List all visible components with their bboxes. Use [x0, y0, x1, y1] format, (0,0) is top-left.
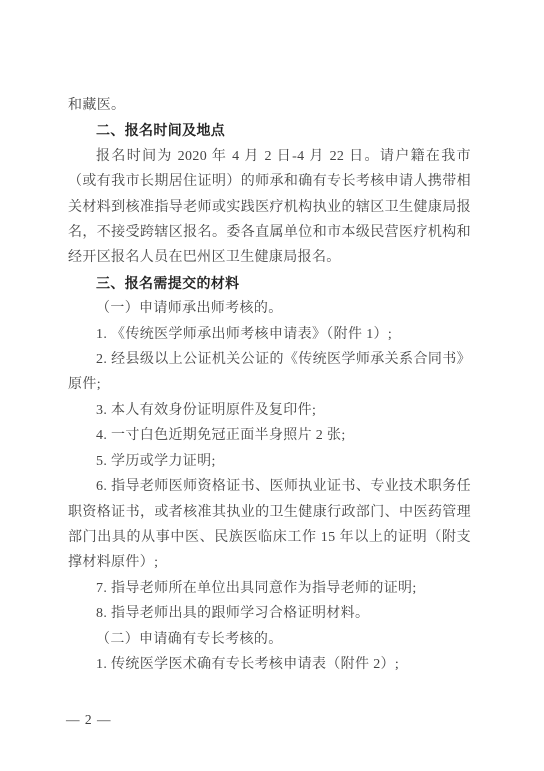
- paragraph: 3. 本人有效身份证明原件及复印件;: [68, 398, 471, 423]
- paragraph: 5. 学历或学力证明;: [68, 449, 471, 474]
- paragraph: 和藏医。: [68, 93, 471, 118]
- paragraph: 6. 指导老师医师资格证书、医师执业证书、专业技术职务任职资格证书，或者核准其执…: [68, 474, 471, 576]
- paragraph: 7. 指导老师所在单位出具同意作为指导老师的证明;: [68, 576, 471, 601]
- paragraph: 8. 指导老师出具的跟师学习合格证明材料。: [68, 601, 471, 626]
- section-heading: 二、报名时间及地点: [68, 118, 471, 143]
- paragraph: 1. 传统医学医术确有专长考核申请表（附件 2）;: [68, 652, 471, 677]
- document-page: 和藏医。二、报名时间及地点报名时间为 2020 年 4 月 2 日-4 月 22…: [0, 0, 544, 771]
- paragraph: 4. 一寸白色近期免冠正面半身照片 2 张;: [68, 423, 471, 448]
- paragraph: （一）申请师承出师考核的。: [68, 296, 471, 321]
- paragraph: 1. 《传统医学师承出师考核申请表》（附件 1）;: [68, 322, 471, 347]
- section-heading: 三、报名需提交的材料: [68, 271, 471, 296]
- page-number: — 2 —: [66, 712, 112, 728]
- paragraph: （二）申请确有专长考核的。: [68, 627, 471, 652]
- document-body: 和藏医。二、报名时间及地点报名时间为 2020 年 4 月 2 日-4 月 22…: [68, 93, 471, 677]
- paragraph: 报名时间为 2020 年 4 月 2 日-4 月 22 日。请户籍在我市（或有我…: [68, 144, 471, 271]
- paragraph: 2. 经县级以上公证机关公证的《传统医学师承关系合同书》原件;: [68, 347, 471, 398]
